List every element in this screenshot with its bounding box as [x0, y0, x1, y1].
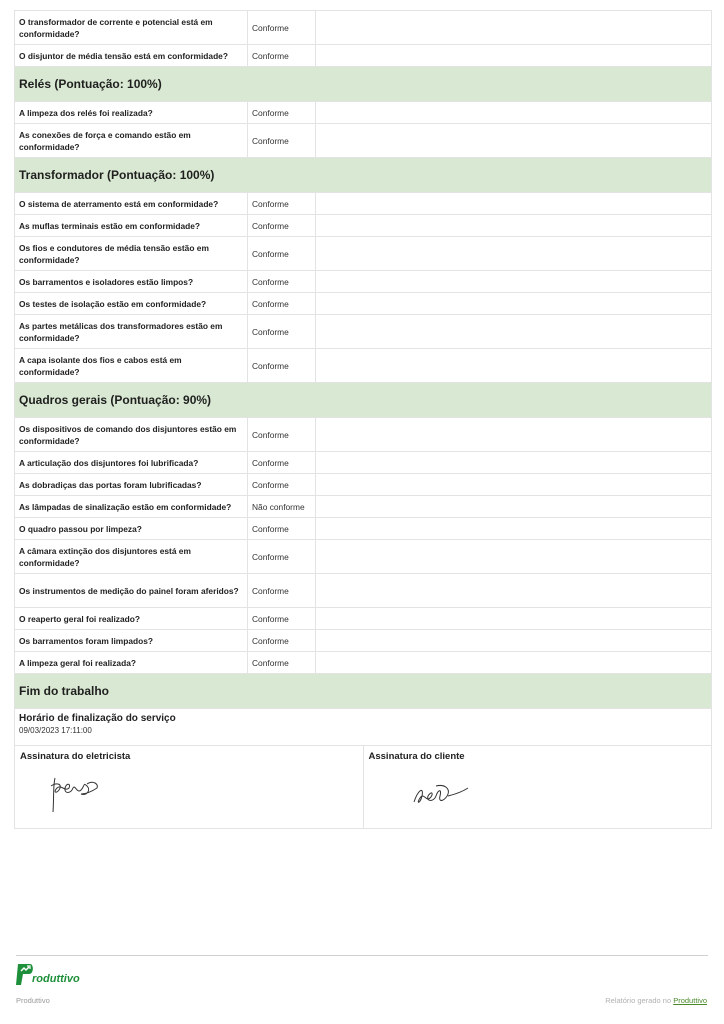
comment-cell — [316, 518, 711, 539]
section-header-end: Fim do trabalho — [15, 674, 711, 709]
answer-value: Conforme — [248, 574, 316, 607]
question-text: As muflas terminais estão em conformidad… — [15, 215, 248, 236]
comment-cell — [316, 215, 711, 236]
section-header: Relés (Pontuação: 100%) — [15, 67, 711, 102]
question-text: Os fios e condutores de média tensão est… — [15, 237, 248, 270]
comment-cell — [316, 271, 711, 292]
answer-value: Conforme — [248, 102, 316, 123]
answer-value: Não conforme — [248, 496, 316, 517]
comment-cell — [316, 124, 711, 157]
answer-value: Conforme — [248, 45, 316, 66]
question-text: O sistema de aterramento está em conform… — [15, 193, 248, 214]
answer-value: Conforme — [248, 124, 316, 157]
comment-cell — [316, 293, 711, 314]
question-text: As dobradiças das portas foram lubrifica… — [15, 474, 248, 495]
checklist-row: Os dispositivos de comando dos disjuntor… — [15, 418, 711, 452]
question-text: A limpeza dos relés foi realizada? — [15, 102, 248, 123]
answer-value: Conforme — [248, 215, 316, 236]
comment-cell — [316, 608, 711, 629]
question-text: As conexões de força e comando estão em … — [15, 124, 248, 157]
answer-value: Conforme — [248, 608, 316, 629]
checklist-row: A limpeza geral foi realizada?Conforme — [15, 652, 711, 674]
checklist-row: As dobradiças das portas foram lubrifica… — [15, 474, 711, 496]
checklist-row: O reaperto geral foi realizado?Conforme — [15, 608, 711, 630]
question-text: Os dispositivos de comando dos disjuntor… — [15, 418, 248, 451]
checklist-row: As muflas terminais estão em conformidad… — [15, 215, 711, 237]
answer-value: Conforme — [248, 518, 316, 539]
answer-value: Conforme — [248, 452, 316, 473]
checklist-row: A câmara extinção dos disjuntores está e… — [15, 540, 711, 574]
comment-cell — [316, 540, 711, 573]
electrician-signature-label: Assinatura do eletricista — [20, 751, 358, 762]
answer-value: Conforme — [248, 315, 316, 348]
comment-cell — [316, 45, 711, 66]
produttivo-logo: roduttivo — [16, 962, 80, 986]
checklist-row: Os barramentos foram limpados?Conforme — [15, 630, 711, 652]
checklist-row: A limpeza dos relés foi realizada?Confor… — [15, 102, 711, 124]
comment-cell — [316, 11, 711, 44]
comment-cell — [316, 574, 711, 607]
finish-time-field: Horário de finalização do serviço 09/03/… — [15, 709, 711, 746]
report-table: O transformador de corrente e potencial … — [14, 10, 712, 829]
answer-value: Conforme — [248, 349, 316, 382]
answer-value: Conforme — [248, 474, 316, 495]
comment-cell — [316, 193, 711, 214]
answer-value: Conforme — [248, 652, 316, 673]
question-text: Os instrumentos de medição do painel for… — [15, 574, 248, 607]
produttivo-logo-text: roduttivo — [32, 973, 80, 985]
checklist-row: As conexões de força e comando estão em … — [15, 124, 711, 158]
comment-cell — [316, 349, 711, 382]
footer-generated: Relatório gerado no Produttivo — [605, 996, 707, 1005]
comment-cell — [316, 496, 711, 517]
comment-cell — [316, 315, 711, 348]
comment-cell — [316, 474, 711, 495]
answer-value: Conforme — [248, 418, 316, 451]
comment-cell — [316, 652, 711, 673]
finish-time-value: 09/03/2023 17:11:00 — [19, 726, 707, 735]
signatures-row: Assinatura do eletricista Assinatura do … — [15, 746, 711, 829]
client-signature-label: Assinatura do cliente — [369, 751, 707, 762]
question-text: A capa isolante dos fios e cabos está em… — [15, 349, 248, 382]
question-text: As lâmpadas de sinalização estão em conf… — [15, 496, 248, 517]
comment-cell — [316, 237, 711, 270]
question-text: O reaperto geral foi realizado? — [15, 608, 248, 629]
checklist-row: Os fios e condutores de média tensão est… — [15, 237, 711, 271]
question-text: O quadro passou por limpeza? — [15, 518, 248, 539]
question-text: O transformador de corrente e potencial … — [15, 11, 248, 44]
finish-time-label: Horário de finalização do serviço — [19, 713, 707, 724]
question-text: A articulação dos disjuntores foi lubrif… — [15, 452, 248, 473]
electrician-signature-image — [47, 772, 107, 816]
answer-value: Conforme — [248, 630, 316, 651]
section-header: Transformador (Pontuação: 100%) — [15, 158, 711, 193]
question-text: Os barramentos e isoladores estão limpos… — [15, 271, 248, 292]
question-text: A câmara extinção dos disjuntores está e… — [15, 540, 248, 573]
footer-company: Produttivo — [16, 996, 50, 1005]
electrician-signature: Assinatura do eletricista — [15, 746, 363, 828]
answer-value: Conforme — [248, 293, 316, 314]
answer-value: Conforme — [248, 540, 316, 573]
question-text: O disjuntor de média tensão está em conf… — [15, 45, 248, 66]
footer-divider — [16, 955, 708, 956]
footer-generated-text: Relatório gerado no — [605, 996, 671, 1005]
client-signature-image — [404, 776, 474, 816]
comment-cell — [316, 418, 711, 451]
checklist-row: Os barramentos e isoladores estão limpos… — [15, 271, 711, 293]
checklist-row: Os instrumentos de medição do painel for… — [15, 574, 711, 608]
answer-value: Conforme — [248, 193, 316, 214]
question-text: Os testes de isolação estão em conformid… — [15, 293, 248, 314]
comment-cell — [316, 102, 711, 123]
comment-cell — [316, 630, 711, 651]
checklist-row: O disjuntor de média tensão está em conf… — [15, 45, 711, 67]
checklist-row: A capa isolante dos fios e cabos está em… — [15, 349, 711, 383]
checklist-row: As lâmpadas de sinalização estão em conf… — [15, 496, 711, 518]
checklist-row: O quadro passou por limpeza?Conforme — [15, 518, 711, 540]
question-text: A limpeza geral foi realizada? — [15, 652, 248, 673]
checklist-row: As partes metálicas dos transformadores … — [15, 315, 711, 349]
footer-produttivo-link[interactable]: Produttivo — [673, 996, 707, 1005]
comment-cell — [316, 452, 711, 473]
answer-value: Conforme — [248, 271, 316, 292]
question-text: Os barramentos foram limpados? — [15, 630, 248, 651]
client-signature: Assinatura do cliente — [363, 746, 712, 828]
checklist-row: O transformador de corrente e potencial … — [15, 11, 711, 45]
answer-value: Conforme — [248, 237, 316, 270]
checklist-row: Os testes de isolação estão em conformid… — [15, 293, 711, 315]
question-text: As partes metálicas dos transformadores … — [15, 315, 248, 348]
answer-value: Conforme — [248, 11, 316, 44]
checklist-row: A articulação dos disjuntores foi lubrif… — [15, 452, 711, 474]
checklist-row: O sistema de aterramento está em conform… — [15, 193, 711, 215]
section-header: Quadros gerais (Pontuação: 90%) — [15, 383, 711, 418]
checklist-sections: O transformador de corrente e potencial … — [15, 11, 711, 674]
